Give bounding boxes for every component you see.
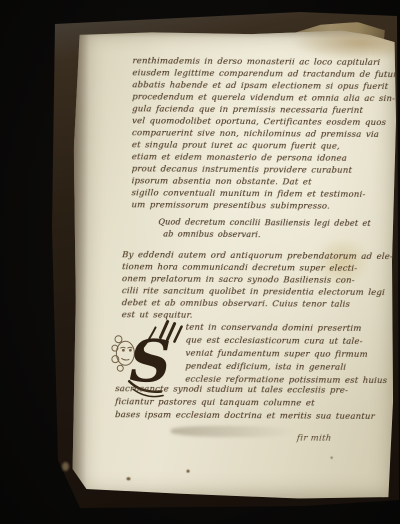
catchword: fir mith — [296, 433, 332, 443]
rubric-heading: Quod decretum concilii Basiliensis legi … — [158, 216, 371, 241]
paragraph-beside-initial: tent in conservanda domini presertimque … — [185, 322, 387, 388]
manuscript-line: ab omnibus observari. — [163, 229, 371, 242]
manuscript-line: bases ipsam ecclesiam doctrina et meriti… — [115, 409, 376, 424]
cover-wear-speck — [62, 462, 69, 471]
paragraph-decree-intro: By eddendi autem ord antiquorum prebenda… — [122, 249, 393, 323]
erased-text-smudge — [171, 426, 296, 438]
ink-speck — [126, 477, 130, 480]
manuscript-page: renthimademis in derso monasterii ac loc… — [68, 25, 399, 503]
photo-background: renthimademis in derso monasterii ac loc… — [0, 0, 400, 524]
ink-speck — [331, 457, 333, 459]
manuscript-line: um premissorum presentibus subimpresso. — [131, 199, 400, 213]
ink-speck — [187, 470, 190, 473]
paragraph-closing: sacrosancte synodi studium ut tales eccl… — [115, 383, 375, 424]
paragraph-main: renthimademis in derso monasterii ac loc… — [131, 55, 400, 213]
